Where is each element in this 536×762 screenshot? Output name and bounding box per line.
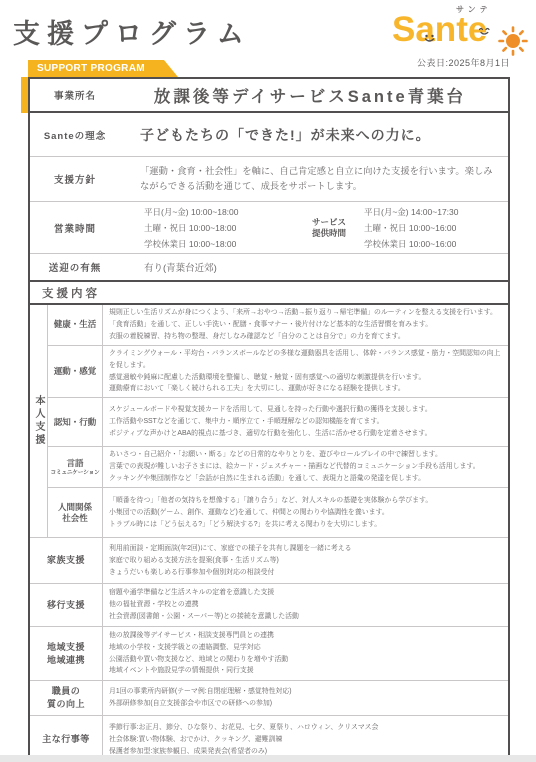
row-family-support: 家族支援 利用前面談・定期面談(年2回)にて、家庭での様子を共有し課題を一緒に考…: [30, 538, 508, 584]
business-hours-list: 平日(月~金) 10:00~18:00 土曜・祝日 10:00~18:00 学校…: [120, 204, 294, 252]
row-motor-sensory: 運動・感覚 クライミングウォール・平均台・バランスボールなどの多様な運動器具を活…: [48, 346, 508, 399]
hours-label: 営業時間: [30, 202, 120, 253]
content-line: 月1回の事業所内研修(テーマ例:自閉症理解・感覚特性対応): [109, 686, 504, 698]
transport-value: 有り(青葉台近郊): [140, 260, 500, 274]
staff-quality-content: 月1回の事業所内研修(テーマ例:自閉症理解・感覚特性対応) 外部研修参加(自立支…: [103, 681, 508, 715]
motor-sensory-content: クライミングウォール・平均台・バランスボールなどの多様な運動器具を活用し、体幹・…: [103, 346, 508, 398]
content-line: 社会資源(図書館・公園・スーパー等)との接続を意識した活動: [109, 611, 504, 623]
content-line: 家庭で取り組める支援方法を提案(食事・生活リズム等): [109, 555, 504, 567]
transition-support-content: 宿題や通学準備など生活スキルの定着を意識した支援 他の福祉資源・学校との連携 社…: [103, 584, 508, 626]
sante-logo: サンテ Sante: [390, 2, 530, 56]
business-hours-line: 平日(月~金) 10:00~18:00: [144, 204, 294, 220]
content-line: 季節行事:お正月、節分、ひな祭り、お花見、七夕、夏祭り、ハロウィン、クリスマス会: [109, 722, 504, 734]
hours-value-cell: 平日(月~金) 10:00~18:00 土曜・祝日 10:00~18:00 学校…: [120, 202, 508, 253]
office-name-value-cell: 放課後等デイサービスSante青葉台: [120, 79, 508, 111]
row-staff-quality: 職員の 質の向上 月1回の事業所内研修(テーマ例:自閉症理解・感覚特性対応) 外…: [30, 681, 508, 716]
yellow-accent-bar: [21, 77, 28, 113]
language-communication-label: 言語 コミュニケーション: [48, 447, 103, 487]
content-line: 言葉での表現が難しいお子さまには、絵カード・ジェスチャー・描画など代替的コミュニ…: [109, 461, 504, 473]
content-line: スケジュールボードや視覚支援カードを活用して、見通しを持った行動や選択行動の獲得…: [109, 404, 504, 416]
smiley-face-icon: [478, 24, 491, 42]
content-line: 利用前面談・定期面談(年2回)にて、家庭での様子を共有し課題を一緒に考える: [109, 543, 504, 555]
transition-support-label: 移行支援: [30, 584, 103, 626]
content-line: 宿題や通学準備など生活スキルの定着を意識した支援: [109, 587, 504, 599]
support-program-badge: SUPPORT PROGRAM: [28, 60, 178, 77]
personal-support-block: 本人支援 健康・生活 規則正しい生活リズムが身につくよう、「来所→おやつ→活動→…: [30, 305, 508, 538]
row-community-support: 地域支援 地域連携 他の放課後等デイサービス・相談支援専門員との連携 地域の小学…: [30, 627, 508, 681]
cognition-behavior-content: スケジュールボードや視覚支援カードを活用して、見通しを持った行動や選択行動の獲得…: [103, 398, 508, 446]
row-main-events: 主な行事等 季節行事:お正月、節分、ひな祭り、お花見、七夕、夏祭り、ハロウィン、…: [30, 716, 508, 755]
content-line: 衣服の着脱練習、持ち物の整理、身だしなみ確認など「自分のことは自分で」の力を育て…: [109, 331, 504, 343]
service-hours-list: 平日(月~金) 14:00~17:30 土曜・祝日 10:00~16:00 学校…: [364, 204, 508, 252]
content-line: 社会体験:買い物体験、おでかけ、クッキング、避難訓練: [109, 734, 504, 746]
transport-value-cell: 有り(青葉台近郊): [120, 254, 508, 280]
social-relationships-label: 人間関係 社会性: [48, 488, 103, 537]
content-line: あいさつ・自己紹介・「お願い・断る」などの日常的なやりとりを、遊びやロールプレイ…: [109, 449, 504, 461]
philosophy-label: Santeの理念: [30, 113, 120, 156]
main-events-label: 主な行事等: [30, 716, 103, 755]
policy-label: 支援方針: [30, 157, 120, 201]
service-hours-line: 学校休業日 10:00~16:00: [364, 236, 508, 252]
content-line: 小集団での活動(ゲーム、創作、運動など)を通して、仲間との関わりや協調性を養いま…: [109, 507, 504, 519]
social-relationships-content: 「順番を待つ」「他者の気持ちを想像する」「譲り合う」など、対人スキルの基礎を実体…: [103, 488, 508, 537]
office-name-label: 事業所名: [30, 79, 120, 111]
family-support-label: 家族支援: [30, 538, 103, 583]
health-life-label: 健康・生活: [48, 305, 103, 345]
row-language-communication: 言語 コミュニケーション あいさつ・自己紹介・「お願い・断る」などの日常的なやり…: [48, 447, 508, 488]
community-support-content: 他の放課後等デイサービス・相談支援専門員との連携 地域の小学校・支援学級との連絡…: [103, 627, 508, 680]
service-hours-line: 平日(月~金) 14:00~17:30: [364, 204, 508, 220]
content-line: 「順番を待つ」「他者の気持ちを想像する」「譲り合う」など、対人スキルの基礎を実体…: [109, 495, 504, 507]
row-office-name: 事業所名 放課後等デイサービスSante青葉台: [30, 79, 508, 113]
content-line: 他の放課後等デイサービス・相談支援専門員との連携: [109, 630, 504, 642]
service-hours-line: 土曜・祝日 10:00~16:00: [364, 220, 508, 236]
content-line: 地域の小学校・支援学級との連絡調整、見学対応: [109, 642, 504, 654]
content-line: 工作活動やSSTなどを通じて、集中力・順序立て・手順理解などの認知機能を育てます…: [109, 416, 504, 428]
content-line: 公園活動や買い物支援など、地域との関わりを増やす活動: [109, 654, 504, 666]
philosophy-value-cell: 子どもたちの「できた!」が未来への力に。: [120, 113, 508, 156]
content-line: ポジティブな声かけとABA的視点に基づき、適切な行動を強化し、生活に活かせる行動…: [109, 428, 504, 440]
content-line: きょうだいも楽しめる行事参加や個別対応の相談受付: [109, 567, 504, 579]
content-line: 保護者参加型:家族参観日、成果発表会(希望者のみ): [109, 746, 504, 755]
row-transition-support: 移行支援 宿題や通学準備など生活スキルの定着を意識した支援 他の福祉資源・学校と…: [30, 584, 508, 627]
document-page: 支援プログラム サンテ Sante: [0, 0, 536, 755]
business-hours-line: 学校休業日 10:00~18:00: [144, 236, 294, 252]
content-line: 感覚過敏や鈍麻に配慮した活動環境を整備し、聴覚・触覚・固有感覚への適切な刺激提供…: [109, 372, 504, 384]
content-line: 地域イベントや施設見学の情報提供・同行支援: [109, 665, 504, 677]
service-hours-label: サービス 提供時間: [294, 217, 364, 239]
row-policy: 支援方針 「運動・食育・社会性」を軸に、自己肯定感と自立に向けた支援を行います。…: [30, 157, 508, 202]
staff-quality-label: 職員の 質の向上: [30, 681, 103, 715]
content-line: 他の福祉資源・学校との連携: [109, 599, 504, 611]
content-line: 外部研修参加(自立支援部会や市区での研修への参加): [109, 698, 504, 710]
row-transport: 送迎の有無 有り(青葉台近郊): [30, 254, 508, 282]
row-business-hours: 営業時間 平日(月~金) 10:00~18:00 土曜・祝日 10:00~18:…: [30, 202, 508, 254]
policy-value-cell: 「運動・食育・社会性」を軸に、自己肯定感と自立に向けた支援を行います。楽しみなが…: [120, 157, 508, 201]
row-cognition-behavior: 認知・行動 スケジュールボードや視覚支援カードを活用して、見通しを持った行動や選…: [48, 398, 508, 447]
content-line: トラブル時には「どう伝える?」「どう解決する?」を共に考える関わりを大切にします…: [109, 519, 504, 531]
smiley-face-icon: [423, 31, 436, 49]
content-line: 運動療育において「楽しく続けられる工夫」を大切にし、運動が好きになる経験を提供し…: [109, 383, 504, 395]
main-events-content: 季節行事:お正月、節分、ひな祭り、お花見、七夕、夏祭り、ハロウィン、クリスマス会…: [103, 716, 508, 755]
row-social-relationships: 人間関係 社会性 「順番を待つ」「他者の気持ちを想像する」「譲り合う」など、対人…: [48, 488, 508, 537]
motor-sensory-label: 運動・感覚: [48, 346, 103, 398]
health-life-content: 規則正しい生活リズムが身につくよう、「来所→おやつ→活動→振り返り→帰宅準備」の…: [103, 305, 508, 345]
row-health-life: 健康・生活 規則正しい生活リズムが身につくよう、「来所→おやつ→活動→振り返り→…: [48, 305, 508, 346]
content-line: 「食育活動」を通して、正しい手洗い・配膳・食事マナー・後片付けなど基本的な生活習…: [109, 319, 504, 331]
office-name-value: 放課後等デイサービスSante青葉台: [154, 83, 466, 107]
business-hours-line: 土曜・祝日 10:00~18:00: [144, 220, 294, 236]
philosophy-value: 子どもたちの「できた!」が未来への力に。: [140, 125, 500, 145]
cognition-behavior-label: 認知・行動: [48, 398, 103, 446]
policy-value: 「運動・食育・社会性」を軸に、自己肯定感と自立に向けた支援を行います。楽しみなが…: [140, 164, 500, 194]
family-support-content: 利用前面談・定期面談(年2回)にて、家庭での様子を共有し課題を一緒に考える 家庭…: [103, 538, 508, 583]
content-line: 規則正しい生活リズムが身につくよう、「来所→おやつ→活動→振り返り→帰宅準備」の…: [109, 307, 504, 319]
content-line: クッキングや集団制作など「会話が自然に生まれる活動」を通して、表現力と語彙の発達…: [109, 473, 504, 485]
page-title: 支援プログラム: [13, 12, 251, 51]
language-communication-content: あいさつ・自己紹介・「お願い・断る」などの日常的なやりとりを、遊びやロールプレイ…: [103, 447, 508, 487]
support-section-header: 支援内容: [30, 282, 508, 305]
transport-label: 送迎の有無: [30, 254, 120, 280]
personal-support-vertical-label: 本人支援: [30, 305, 48, 537]
program-table: 事業所名 放課後等デイサービスSante青葉台 Santeの理念 子どもたちの「…: [28, 77, 510, 755]
logo-text: Sante: [392, 10, 487, 50]
community-support-label: 地域支援 地域連携: [30, 627, 103, 680]
personal-support-rows: 健康・生活 規則正しい生活リズムが身につくよう、「来所→おやつ→活動→振り返り→…: [48, 305, 508, 537]
content-line: クライミングウォール・平均台・バランスボールなどの多様な運動器具を活用し、体幹・…: [109, 348, 504, 372]
row-philosophy: Santeの理念 子どもたちの「できた!」が未来への力に。: [30, 113, 508, 157]
publish-date: 公表日:2025年8月1日: [417, 56, 510, 69]
